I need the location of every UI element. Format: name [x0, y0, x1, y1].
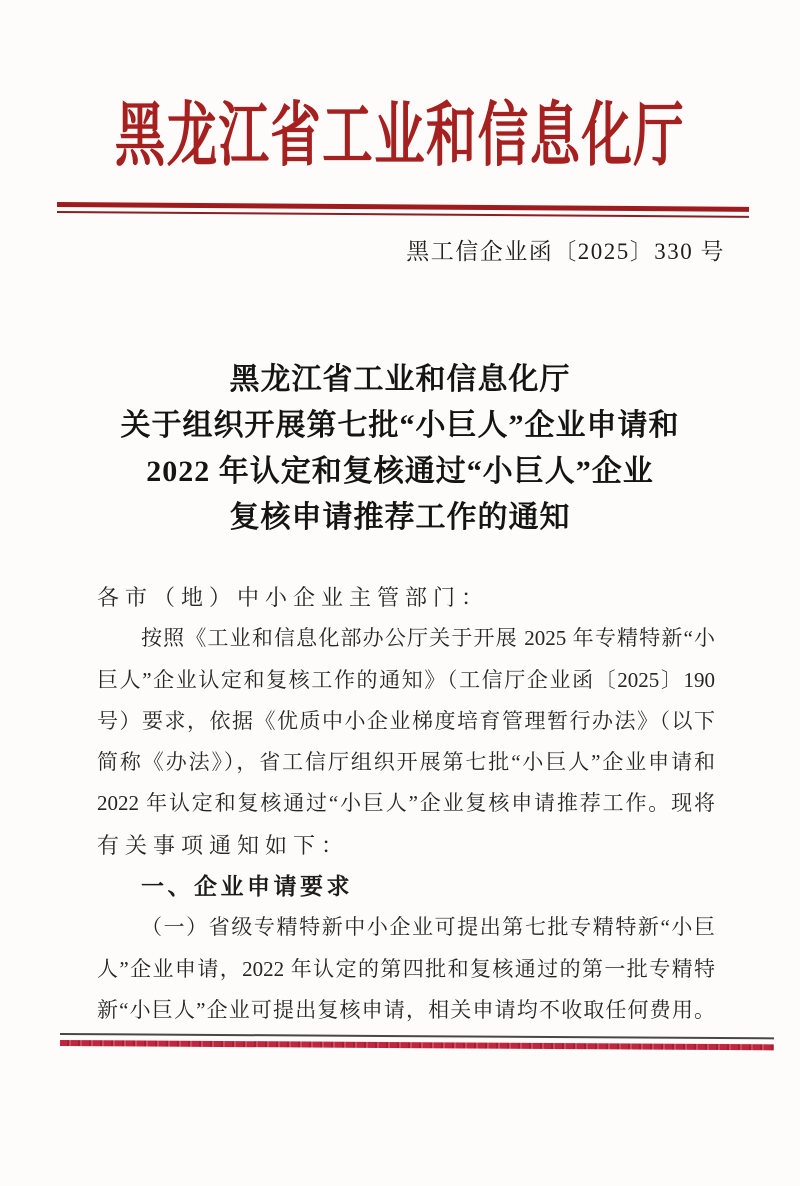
doc-title-line: 黑龙江省工业和信息化厅: [0, 357, 800, 403]
doc-number: 黑工信企业函〔2025〕330 号: [406, 236, 725, 268]
page-bottom-rule: [60, 1033, 774, 1050]
doc-body-line: 有关事项通知如下：: [97, 825, 715, 866]
doc-body-line: 简称《办法》），省工信厅组织开展第七批“小巨人”企业申请和: [97, 742, 715, 783]
doc-body-line: 各市（地）中小企业主管部门：: [97, 577, 715, 618]
letterhead: 黑龙江省工业和信息化厅: [0, 92, 800, 182]
doc-body-line: 号）要求，依据《优质中小企业梯度培育管理暂行办法》（以下: [97, 701, 715, 742]
doc-body-line: 按照《工业和信息化部办公厅关于开展 2025 年专精特新“小: [97, 618, 715, 659]
doc-body: 各市（地）中小企业主管部门：按照《工业和信息化部办公厅关于开展 2025 年专精…: [97, 577, 715, 1031]
doc-title-line: 复核申请推荐工作的通知: [0, 495, 800, 541]
letterhead-rule: [57, 202, 749, 218]
doc-body-line: 一、企业申请要求: [97, 866, 715, 907]
doc-title-line: 关于组织开展第七批“小巨人”企业申请和: [0, 403, 800, 449]
doc-title: 黑龙江省工业和信息化厅 关于组织开展第七批“小巨人”企业申请和 2022 年认定…: [0, 357, 800, 541]
doc-body-line: 人”企业申请，2022 年认定的第四批和复核通过的第一批专精特: [97, 949, 715, 990]
doc-body-line: （一）省级专精特新中小企业可提出第七批专精特新“小巨: [97, 907, 715, 948]
doc-body-line: 2022 年认定和复核通过“小巨人”企业复核申请推荐工作。现将: [97, 783, 715, 824]
doc-body-line: 巨人”企业认定和复核工作的通知》（工信厅企业函〔2025〕190: [97, 660, 715, 701]
doc-title-line: 2022 年认定和复核通过“小巨人”企业: [0, 449, 800, 495]
letterhead-org-name: 黑龙江省工业和信息化厅: [115, 92, 685, 182]
doc-body-line: 新“小巨人”企业可提出复核申请，相关申请均不收取任何费用。: [97, 990, 715, 1031]
document-page: 黑龙江省工业和信息化厅 黑工信企业函〔2025〕330 号 黑龙江省工业和信息化…: [0, 0, 800, 1186]
